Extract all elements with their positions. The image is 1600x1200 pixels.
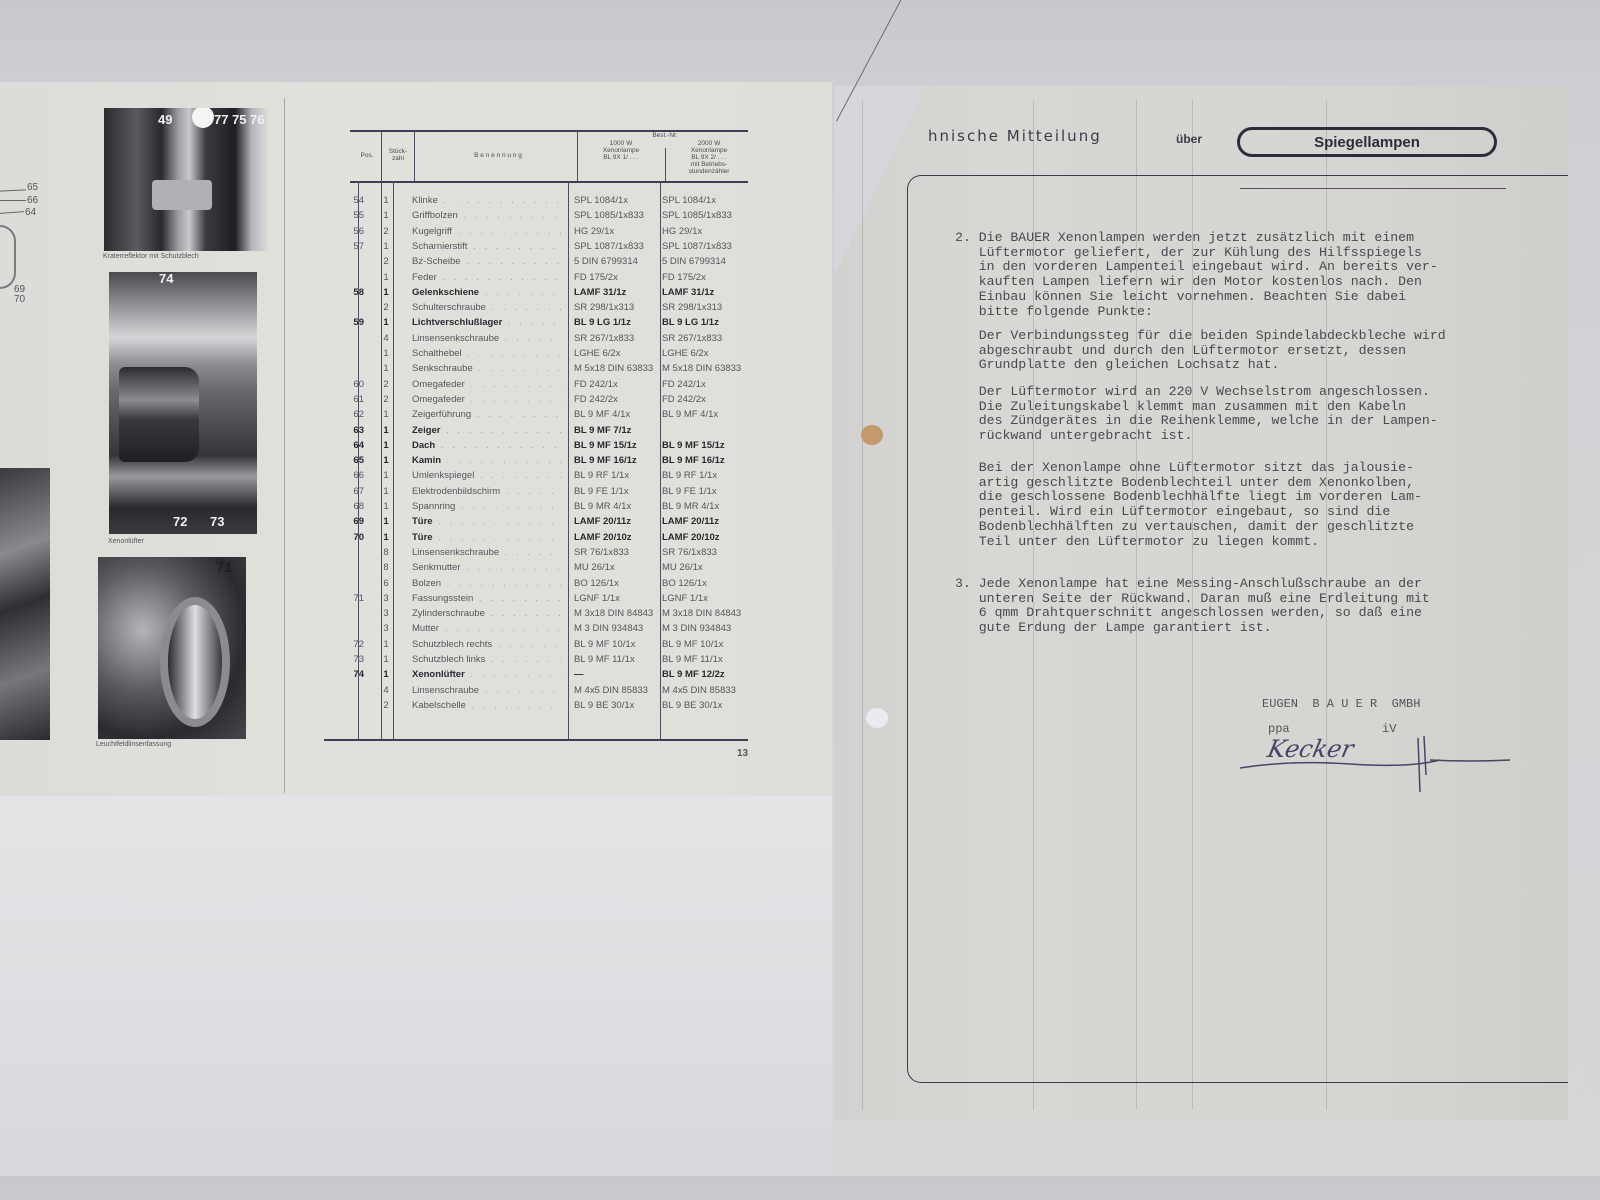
leader-dots: . . . . . . . . . . . . . . . . [485, 654, 562, 665]
header-pos: Pos. [354, 152, 380, 159]
leader-dots: . . . . . . . . . . . . . . . . [465, 379, 562, 390]
row-order-2000w: SPL 1087/1x833 [662, 241, 732, 252]
row-pos: 65 [342, 455, 364, 466]
row-order-2000w: FD 242/2x [662, 394, 706, 405]
photo-crater-reflector: 49 77 75 76 [104, 108, 268, 251]
row-name: Kamin . . . . . . . . . . . . . . . . [412, 455, 562, 466]
header-line: mit Betriebs- [668, 161, 750, 168]
row-name-text: Xenonlüfter [412, 669, 465, 680]
row-name: Schutzblech links . . . . . . . . . . . … [412, 654, 562, 665]
row-pos: 66 [342, 470, 364, 481]
photo-label: 76 [250, 112, 264, 127]
row-name: Bolzen . . . . . . . . . . . . . . . . [412, 578, 562, 589]
row-name-text: Omegafeder [412, 379, 465, 390]
row-name-text: Senkmutter [412, 562, 461, 573]
photo-label: 72 [173, 514, 187, 529]
row-order-1000w: BL 9 MF 10/1x [574, 639, 635, 650]
row-name: Linsensenkschraube . . . . . . . . . . .… [412, 547, 562, 558]
row-name: Mutter . . . . . . . . . . . . . . . . [412, 623, 562, 634]
leader-dots: . . . . . . . . . . . . . . . . [486, 302, 562, 313]
row-order-1000w: SR 76/1x833 [574, 547, 629, 558]
row-name-text: Schulterschraube [412, 302, 486, 313]
row-order-1000w: BL 9 MF 11/1x [574, 654, 635, 665]
row-order-1000w: BL 9 MF 16/1z [574, 455, 637, 466]
row-name-text: Fassungsstein [412, 593, 473, 604]
row-name: Umlenkspiegel . . . . . . . . . . . . . … [412, 470, 562, 481]
header-qty: Stück-zahl [384, 148, 412, 162]
row-qty: 1 [380, 363, 392, 374]
row-qty: 1 [380, 440, 392, 451]
row-order-2000w: SR 76/1x833 [662, 547, 717, 558]
photo-lens-mount: 71 [98, 557, 246, 739]
row-name: Griffbolzen . . . . . . . . . . . . . . … [412, 210, 562, 221]
leader-dots: . . . . . . . . . . . . . . . . [473, 593, 562, 604]
row-order-2000w: MU 26/1x [662, 562, 703, 573]
column-divider [577, 131, 578, 181]
photo-caption: Leuchtfeldlinsenfassung [96, 741, 171, 748]
header-line: 1000 W [580, 140, 662, 147]
column-divider [660, 181, 661, 739]
row-name: Omegafeder . . . . . . . . . . . . . . .… [412, 394, 562, 405]
row-name: Türe . . . . . . . . . . . . . . . . [412, 532, 562, 543]
leader-dots: . . . . . . . . . . . . . . . . [466, 700, 562, 711]
row-order-2000w: BL 9 MF 10/1x [662, 639, 723, 650]
row-order-1000w: LAMF 20/11z [574, 516, 631, 527]
row-order-1000w: BL 9 MF 15/1z [574, 440, 637, 451]
row-qty: 2 [380, 394, 392, 405]
row-order-1000w: BL 9 MR 4/1x [574, 501, 631, 512]
row-order-2000w: SR 298/1x313 [662, 302, 722, 313]
row-order-2000w: BL 9 RF 1/1x [662, 470, 717, 481]
row-pos: 56 [342, 226, 364, 237]
row-pos: 54 [342, 195, 364, 206]
blank-sheet [0, 796, 832, 1176]
photo-label: 73 [210, 514, 224, 529]
row-qty: 2 [380, 700, 392, 711]
row-pos: 74 [342, 669, 364, 680]
row-qty: 1 [380, 486, 392, 497]
page-number: 13 [737, 748, 748, 759]
leader-dots: . . . . . . . . . . . . . . . . [479, 287, 562, 298]
row-name: Türe . . . . . . . . . . . . . . . . [412, 516, 562, 527]
row-name: Schulterschraube . . . . . . . . . . . .… [412, 302, 562, 313]
row-order-1000w: LGNF 1/1x [574, 593, 620, 604]
callout-label: 70 [14, 294, 25, 305]
row-pos: 57 [342, 241, 364, 252]
row-qty: 2 [380, 256, 392, 267]
row-qty: 1 [380, 455, 392, 466]
row-name: Schutzblech rechts . . . . . . . . . . .… [412, 639, 562, 650]
row-name-text: Umlenkspiegel [412, 470, 474, 481]
row-pos: 64 [342, 440, 364, 451]
row-qty: 4 [380, 685, 392, 696]
callout-label: 66 [27, 195, 38, 206]
punch-hole [866, 708, 888, 728]
row-pos: 55 [342, 210, 364, 221]
row-pos: 62 [342, 409, 364, 420]
row-name-text: Spannring [412, 501, 455, 512]
letter-uber: über [1176, 132, 1202, 146]
header-col-2000w: 2000 W Xenonlampe BL 9X 2/ . . . mit Bet… [668, 140, 750, 175]
header-line: Xenonlampe [668, 147, 750, 154]
row-qty: 1 [380, 287, 392, 298]
row-name: Xenonlüfter . . . . . . . . . . . . . . … [412, 669, 562, 680]
company-name: EUGEN B A U E R GMBH [1262, 697, 1420, 711]
header-line: stundenzähler [668, 168, 750, 175]
row-name: Linsenschraube . . . . . . . . . . . . .… [412, 685, 562, 696]
callout-leader [0, 200, 26, 201]
row-order-1000w: FD 175/2x [574, 272, 618, 283]
row-pos: 67 [342, 486, 364, 497]
row-pos: 68 [342, 501, 364, 512]
row-name: Elektrodenbildschirm . . . . . . . . . .… [412, 486, 562, 497]
row-order-1000w: BL 9 MF 4/1x [574, 409, 630, 420]
row-order-2000w: LAMF 20/10z [662, 532, 720, 543]
callout-label: 65 [27, 182, 38, 193]
row-order-1000w: BL 9 BE 30/1x [574, 700, 634, 711]
row-name-text: Zylinderschraube [412, 608, 485, 619]
row-name-text: Gelenkschiene [412, 287, 479, 298]
row-pos: 60 [342, 379, 364, 390]
row-name: Zeigerführung . . . . . . . . . . . . . … [412, 409, 562, 420]
row-qty: 2 [380, 379, 392, 390]
photo-label: 49 [158, 112, 172, 127]
row-order-1000w: HG 29/1x [574, 226, 614, 237]
row-order-1000w: LAMF 20/10z [574, 532, 632, 543]
row-name-text: Schutzblech rechts [412, 639, 492, 650]
row-order-2000w: LAMF 20/11z [662, 516, 719, 527]
row-qty: 2 [380, 302, 392, 313]
header-order-no: Best.-Nr. [600, 132, 730, 139]
subject-box: Spiegellampen [1237, 127, 1497, 157]
leader-dots: . . . . . . . . . . . . . . . . [471, 409, 562, 420]
row-name: Bz-Scheibe . . . . . . . . . . . . . . .… [412, 256, 562, 267]
row-qty: 3 [380, 593, 392, 604]
row-name-text: Kugelgriff [412, 226, 452, 237]
photo-label: 75 [232, 112, 246, 127]
photo-label: 71 [216, 559, 233, 576]
header-line: BL 9X 2/ . . . [668, 154, 750, 161]
row-order-1000w: BL 9 RF 1/1x [574, 470, 629, 481]
row-name-text: Feder [412, 272, 437, 283]
row-qty: 1 [380, 532, 392, 543]
row-qty: 1 [380, 348, 392, 359]
copy-streak [862, 100, 863, 1110]
row-order-1000w: SPL 1085/1x833 [574, 210, 644, 221]
column-divider [665, 148, 666, 181]
row-qty: 8 [380, 547, 392, 558]
leader-dots: . . . . . . . . . . . . . . . . [441, 425, 562, 436]
leader-dots: . . . . . . . . . . . . . . . . [499, 547, 562, 558]
partial-illustration [0, 225, 16, 289]
row-name: Schalthebel . . . . . . . . . . . . . . … [412, 348, 562, 359]
row-qty: 1 [380, 409, 392, 420]
leader-dots: . . . . . . . . . . . . . . . . [433, 532, 562, 543]
row-order-2000w: M 3 DIN 934843 [662, 623, 731, 634]
leader-dots: . . . . . . . . . . . . . . . . [455, 501, 562, 512]
row-name-text: Bz-Scheibe [412, 256, 461, 267]
row-order-2000w: SR 267/1x833 [662, 333, 722, 344]
row-name-text: Omegafeder [412, 394, 465, 405]
leader-dots: . . . . . . . . . . . . . . . . [474, 470, 562, 481]
row-qty: 1 [380, 639, 392, 650]
leader-dots: . . . . . . . . . . . . . . . . [441, 455, 562, 466]
lens-ring [160, 597, 230, 727]
row-name: Omegafeder . . . . . . . . . . . . . . .… [412, 379, 562, 390]
signature-stroke [1230, 730, 1520, 800]
row-order-1000w: MU 26/1x [574, 562, 615, 573]
row-order-1000w: 5 DIN 6799314 [574, 256, 638, 267]
row-order-1000w: SR 298/1x313 [574, 302, 634, 313]
row-order-2000w: FD 175/2x [662, 272, 706, 283]
row-name-text: Linsensenkschraube [412, 333, 499, 344]
row-name-text: Scharnierstift [412, 241, 467, 252]
row-order-2000w: BL 9 MR 4/1x [662, 501, 719, 512]
row-order-2000w: SPL 1084/1x [662, 195, 716, 206]
row-name-text: Zeiger [412, 425, 441, 436]
leader-dots: . . . . . . . . . . . . . . . . [433, 516, 562, 527]
row-order-1000w: — [574, 669, 584, 680]
row-order-1000w: M 5x18 DIN 63833 [574, 363, 653, 374]
row-order-1000w: FD 242/2x [574, 394, 618, 405]
row-order-2000w: BL 9 MF 4/1x [662, 409, 718, 420]
row-name-text: Griffbolzen [412, 210, 458, 221]
leader-dots: . . . . . . . . . . . . . . . . [437, 272, 562, 283]
row-name: Kugelgriff . . . . . . . . . . . . . . .… [412, 226, 562, 237]
row-qty: 1 [380, 195, 392, 206]
row-order-2000w: BL 9 MF 16/1z [662, 455, 725, 466]
row-name-text: Elektrodenbildschirm [412, 486, 500, 497]
leader-dots: . . . . . . . . . . . . . . . . [467, 241, 562, 252]
punch-hole [861, 425, 883, 445]
row-name-text: Türe [412, 516, 433, 527]
row-order-2000w: BL 9 MF 11/1x [662, 654, 723, 665]
row-order-2000w: SPL 1085/1x833 [662, 210, 732, 221]
row-pos: 73 [342, 654, 364, 665]
row-name: Kabelschelle . . . . . . . . . . . . . .… [412, 700, 562, 711]
leader-dots: . . . . . . . . . . . . . . . . [441, 578, 562, 589]
row-name: Senkschraube . . . . . . . . . . . . . .… [412, 363, 562, 374]
row-name: Spannring . . . . . . . . . . . . . . . … [412, 501, 562, 512]
partial-photo [0, 468, 50, 740]
row-order-1000w: M 4x5 DIN 85833 [574, 685, 648, 696]
row-name-text: Schalthebel [412, 348, 462, 359]
paragraph-2a: Der Verbindungssteg für die beiden Spind… [955, 329, 1446, 373]
leader-dots: . . . . . . . . . . . . . . . . [485, 608, 562, 619]
bracket [152, 180, 212, 210]
leader-dots: . . . . . . . . . . . . . . . . [461, 562, 562, 573]
row-name-text: Kamin [412, 455, 441, 466]
row-qty: 6 [380, 578, 392, 589]
row-name: Fassungsstein . . . . . . . . . . . . . … [412, 593, 562, 604]
row-qty: 1 [380, 241, 392, 252]
lamp-knob [192, 108, 214, 128]
row-order-2000w: LGHE 6/2x [662, 348, 708, 359]
photo-caption: Xenonlüfter [108, 538, 144, 545]
photo-label: 77 [214, 112, 228, 127]
row-qty: 1 [380, 516, 392, 527]
row-order-1000w: LAMF 31/1z [574, 287, 626, 298]
paragraph-3: 3. Jede Xenonlampe hat eine Messing-Ansc… [955, 577, 1430, 636]
row-name-text: Linsensenkschraube [412, 547, 499, 558]
row-order-2000w: BO 126/1x [662, 578, 707, 589]
row-pos: 58 [342, 287, 364, 298]
row-order-2000w: BL 9 MF 12/2z [662, 669, 725, 680]
row-name: Scharnierstift . . . . . . . . . . . . .… [412, 241, 562, 252]
row-order-2000w: BL 9 MF 15/1z [662, 440, 725, 451]
row-pos: 59 [342, 317, 364, 328]
row-order-1000w: M 3x18 DIN 84843 [574, 608, 653, 619]
paragraph-2: 2. Die BAUER Xenonlampen werden jetzt zu… [955, 231, 1438, 319]
photo-xenon-fan: 74 72 73 [109, 272, 257, 534]
row-qty: 8 [380, 562, 392, 573]
leader-dots: . . . . . . . . . . . . . . . . [465, 669, 562, 680]
header-line: Xenonlampe [580, 147, 662, 154]
row-name: Linsensenkschraube . . . . . . . . . . .… [412, 333, 562, 344]
row-name-text: Schutzblech links [412, 654, 485, 665]
header-name: B e n e n n u n g [420, 152, 576, 159]
column-divider [393, 181, 394, 739]
row-order-2000w: HG 29/1x [662, 226, 702, 237]
paragraph-2c: Bei der Xenonlampe ohne Lüftermotor sitz… [955, 461, 1422, 549]
row-qty: 1 [380, 654, 392, 665]
row-pos: 61 [342, 394, 364, 405]
leader-dots: . . . . . . . . . . . . . . . . [435, 440, 562, 451]
row-order-2000w: M 4x5 DIN 85833 [662, 685, 736, 696]
row-order-2000w: M 3x18 DIN 84843 [662, 608, 741, 619]
leader-dots: . . . . . . . . . . . . . . . . [439, 623, 562, 634]
row-pos: 72 [342, 639, 364, 650]
row-name-text: Lichtverschlußlager [412, 317, 502, 328]
paragraph-2b: Der Lüftermotor wird an 220 V Wechselstr… [955, 385, 1438, 444]
row-order-1000w: BO 126/1x [574, 578, 619, 589]
row-order-2000w: BL 9 FE 1/1x [662, 486, 717, 497]
header-line: BL 9X 1/ . . . [580, 154, 662, 161]
row-order-2000w: BL 9 LG 1/1z [662, 317, 719, 328]
table-header-rule [350, 181, 748, 183]
row-name-text: Mutter [412, 623, 439, 634]
row-pos: 63 [342, 425, 364, 436]
row-order-2000w: LGNF 1/1x [662, 593, 708, 604]
row-qty: 1 [380, 210, 392, 221]
row-order-1000w: M 3 DIN 934843 [574, 623, 643, 634]
row-qty: 4 [380, 333, 392, 344]
row-pos: 69 [342, 516, 364, 527]
row-qty: 1 [380, 317, 392, 328]
leader-dots: . . . . . . . . . . . . . . . . [499, 333, 562, 344]
fan-cylinder [119, 367, 199, 462]
row-qty: 1 [380, 470, 392, 481]
leader-dots: . . . . . . . . . . . . . . . . [492, 639, 562, 650]
leader-dots: . . . . . . . . . . . . . . . . [473, 363, 562, 374]
leader-dots: . . . . . . . . . . . . . . . . [500, 486, 562, 497]
photo-caption: Kraterreflektor mit Schutzblech [103, 253, 199, 260]
leader-dots: . . . . . . . . . . . . . . . . [462, 348, 562, 359]
row-name-text: Senkschraube [412, 363, 473, 374]
row-name: Dach . . . . . . . . . . . . . . . . [412, 440, 562, 451]
row-order-1000w: SR 267/1x833 [574, 333, 634, 344]
row-order-1000w: SPL 1087/1x833 [574, 241, 644, 252]
row-qty: 1 [380, 272, 392, 283]
row-name: Gelenkschiene . . . . . . . . . . . . . … [412, 287, 562, 298]
column-divider [414, 131, 415, 181]
row-pos: 70 [342, 532, 364, 543]
row-pos: 71 [342, 593, 364, 604]
leader-dots: . . . . . . . . . . . . . . . . [452, 226, 562, 237]
subject-text: Spiegellampen [1314, 134, 1420, 151]
leader-dots: . . . . . . . . . . . . . . . . [461, 256, 562, 267]
row-order-1000w: BL 9 MF 7/1z [574, 425, 631, 436]
row-name-text: Zeigerführung [412, 409, 471, 420]
leader-dots: . . . . . . . . . . . . . . . . [458, 210, 562, 221]
header-col-1000w: 1000 W Xenonlampe BL 9X 1/ . . . [580, 140, 662, 161]
row-order-1000w: BL 9 FE 1/1x [574, 486, 629, 497]
row-order-1000w: FD 242/1x [574, 379, 618, 390]
row-name: Zeiger . . . . . . . . . . . . . . . . [412, 425, 562, 436]
row-order-2000w: 5 DIN 6799314 [662, 256, 726, 267]
row-qty: 3 [380, 623, 392, 634]
row-name-text: Türe [412, 532, 433, 543]
leader-dots: . . . . . . . . . . . . . . . . [438, 195, 562, 206]
row-name: Senkmutter . . . . . . . . . . . . . . .… [412, 562, 562, 573]
row-order-2000w: FD 242/1x [662, 379, 706, 390]
row-order-2000w: M 5x18 DIN 63833 [662, 363, 741, 374]
row-order-2000w: LAMF 31/1z [662, 287, 714, 298]
row-name-text: Bolzen [412, 578, 441, 589]
row-name: Feder . . . . . . . . . . . . . . . . [412, 272, 562, 283]
row-qty: 1 [380, 669, 392, 680]
row-name: Lichtverschlußlager . . . . . . . . . . … [412, 317, 562, 328]
page-fold [284, 98, 285, 793]
letter-heading: hnische Mitteilung [928, 127, 1102, 145]
row-qty: 1 [380, 501, 392, 512]
leader-dots: . . . . . . . . . . . . . . . . [465, 394, 562, 405]
column-divider [568, 181, 569, 739]
callout-label: 64 [25, 207, 36, 218]
row-name: Klinke . . . . . . . . . . . . . . . . [412, 195, 562, 206]
row-name-text: Dach [412, 440, 435, 451]
row-qty: 1 [380, 425, 392, 436]
photo-label: 74 [159, 272, 173, 286]
row-name: Zylinderschraube . . . . . . . . . . . .… [412, 608, 562, 619]
row-qty: 3 [380, 608, 392, 619]
row-order-1000w: SPL 1084/1x [574, 195, 628, 206]
row-name-text: Klinke [412, 195, 438, 206]
table-bottom-rule [324, 739, 748, 741]
row-order-2000w: BL 9 BE 30/1x [662, 700, 722, 711]
row-qty: 2 [380, 226, 392, 237]
row-name-text: Kabelschelle [412, 700, 466, 711]
leader-dots: . . . . . . . . . . . . . . . . [479, 685, 562, 696]
row-name-text: Linsenschraube [412, 685, 479, 696]
header-line: 2000 W [668, 140, 750, 147]
leader-dots: . . . . . . . . . . . . . . . . [502, 317, 562, 328]
row-order-1000w: LGHE 6/2x [574, 348, 620, 359]
row-order-1000w: BL 9 LG 1/1z [574, 317, 631, 328]
